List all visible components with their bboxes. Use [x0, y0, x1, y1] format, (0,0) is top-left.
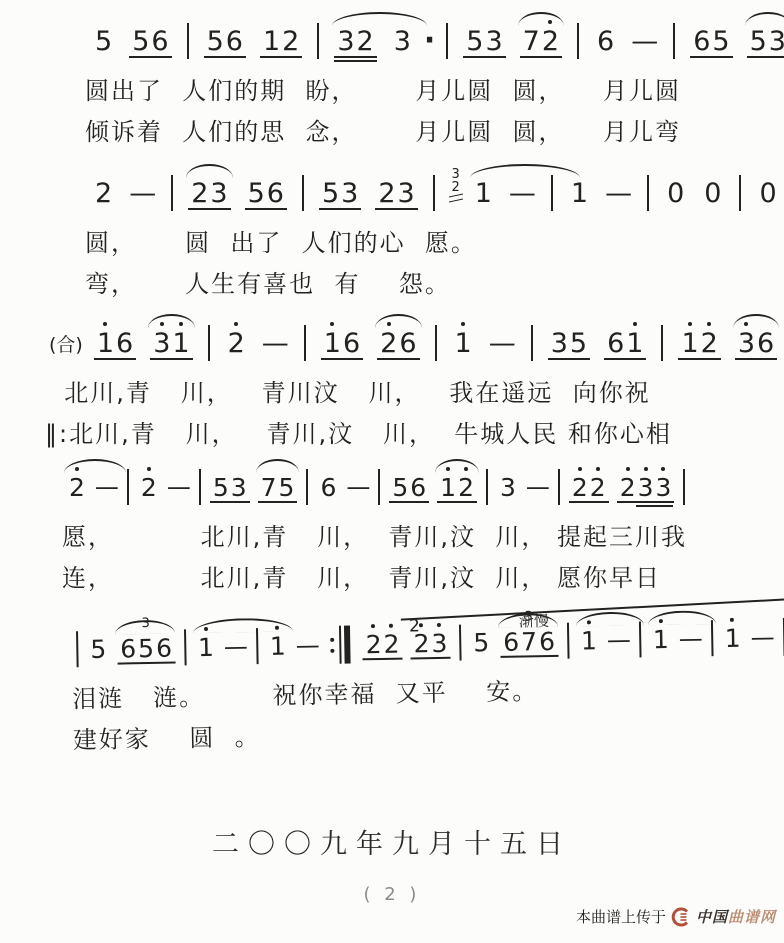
note-token: 6	[317, 475, 339, 500]
note: 1	[269, 633, 287, 658]
lyrics-line-1: 泪涟 涟。 祝你幸福 又平 安。	[72, 671, 784, 716]
note: 6	[538, 628, 556, 653]
note: 6	[502, 629, 520, 654]
octave-dot	[578, 467, 582, 471]
note: 1	[197, 634, 215, 659]
note: 3	[340, 180, 359, 207]
note: 6	[398, 330, 417, 357]
notation-row: 2—23565323321—1—0000	[85, 168, 784, 218]
note: 1	[262, 28, 281, 55]
note: 1	[439, 475, 457, 500]
lyrics-line-2: 建好家 圆 。	[73, 712, 784, 757]
octave-dot	[707, 322, 711, 326]
note-group: 36	[735, 330, 777, 357]
dash-note: —	[346, 475, 370, 499]
lyrics-line-1: 北川,青 川， 青川汶 川， 我在遥远 向你祝	[45, 377, 784, 409]
barline	[171, 175, 173, 211]
note: 3	[393, 28, 412, 55]
note: 2	[382, 631, 400, 656]
note: 2	[541, 28, 560, 55]
lyrics-line-1: 愿， 北川,青 川， 青川,汶 川， 提起三川我	[62, 521, 690, 553]
note: 1	[570, 180, 589, 207]
slur-arc	[518, 12, 564, 26]
dash-note: —	[526, 475, 550, 499]
octave-dot	[661, 467, 665, 471]
note-token: 1	[472, 180, 495, 207]
note-token: 5	[92, 28, 115, 55]
music-system-5: 565631—1—2223567631—1—1—2渐慢泪涟 涟。 祝你幸福 又平…	[71, 612, 784, 757]
music-system-2: 2—23565323321—1—0000圆， 圆 出了 人们的心 愿。弯， 人生…	[85, 168, 784, 301]
note: 2	[94, 180, 113, 207]
octave-dot	[644, 467, 648, 471]
note: 5	[465, 28, 484, 55]
note: 5	[749, 28, 768, 55]
octave-dot	[437, 622, 441, 626]
note: 7	[260, 475, 278, 500]
note: 6	[756, 330, 775, 357]
dash-note: —	[631, 28, 658, 55]
octave-dot	[587, 620, 591, 624]
note-token: 0	[664, 180, 687, 207]
notation-row: 2—2—53756—56123—22233	[62, 462, 690, 512]
barline	[304, 325, 306, 361]
note-token: 1	[452, 330, 475, 357]
note-group: 31	[150, 330, 192, 357]
note: 5	[247, 180, 266, 207]
note-group: 23	[375, 180, 417, 207]
note: 1	[652, 626, 670, 651]
note: 1	[171, 330, 190, 357]
slur-arc	[375, 314, 421, 328]
octave-dot	[688, 322, 692, 326]
note-token: 1	[650, 626, 672, 651]
slur-arc	[332, 12, 427, 26]
note: 0	[758, 180, 777, 207]
note-group: 22	[363, 631, 403, 657]
octave-dot	[626, 467, 630, 471]
note: 7	[522, 28, 541, 55]
barline	[184, 629, 187, 665]
barline	[459, 625, 462, 661]
barline	[558, 469, 560, 505]
note-group: 12	[678, 330, 720, 357]
note: 6	[150, 28, 169, 55]
note-group: 53	[463, 28, 505, 55]
note: 2	[589, 475, 607, 500]
note: 6	[596, 28, 615, 55]
note: 5	[89, 636, 107, 661]
dot-after-note: ·	[424, 26, 435, 56]
note-group: 56	[389, 475, 429, 500]
note-token: 2	[138, 475, 160, 500]
octave-dot	[730, 617, 734, 621]
dash-note: —	[262, 330, 289, 357]
octave-dot	[275, 625, 279, 629]
note: 6	[155, 635, 173, 660]
slur-arc	[745, 12, 784, 26]
slur-arc	[575, 611, 643, 626]
note: 3	[550, 330, 569, 357]
note: 1	[454, 330, 473, 357]
lyrics-line-1: 圆出了 人们的期 盼， 月儿圆 圆， 月儿圆	[85, 75, 784, 107]
lyrics-line-1: 圆， 圆 出了 人们的心 愿。	[85, 227, 784, 259]
slur-arc	[186, 164, 232, 178]
notation-row: 565631—1—2223567631—1—1—	[71, 612, 784, 675]
octave-dot	[633, 322, 637, 326]
note-token: 2	[92, 180, 115, 207]
note-token: 1	[267, 633, 289, 658]
barline	[577, 23, 579, 59]
barline	[76, 631, 79, 667]
part-label: (合)	[49, 330, 83, 357]
note: 2	[377, 180, 396, 207]
note-group: 6763	[500, 628, 558, 654]
lyrics-line-2: 弯， 人生有喜也 有 怨。	[85, 268, 784, 300]
site-name-dark: 中国	[696, 908, 728, 926]
note: 6	[409, 475, 427, 500]
music-system-1: 5565612323·53726—6553圆出了 人们的期 盼， 月儿圆 圆， …	[85, 16, 784, 149]
octave-dot	[387, 322, 391, 326]
music-system-3: (合)16312—16261—35611236 北川,青 川， 青川汶 川， 我…	[45, 318, 784, 451]
note: 3	[430, 630, 448, 655]
note-token: 3	[497, 475, 519, 500]
note: 5	[711, 28, 730, 55]
octave-dot	[103, 322, 107, 326]
score-sheet: 5565612323·53726—6553圆出了 人们的期 盼， 月儿圆 圆， …	[0, 0, 784, 943]
slur-arc	[647, 610, 715, 625]
octave-dot	[179, 322, 183, 326]
note: 5	[137, 635, 155, 660]
note-group: 35	[548, 330, 590, 357]
barline	[683, 469, 685, 505]
octave-dot	[330, 322, 334, 326]
note: 2	[190, 180, 209, 207]
octave-dot	[204, 626, 208, 630]
octave-dot	[464, 467, 468, 471]
watermark: 本曲谱上传于 中国曲谱网	[576, 906, 776, 927]
note: 2	[571, 475, 589, 500]
note-group: 53	[319, 180, 361, 207]
dash-note: —	[509, 180, 536, 207]
note-token: 1	[578, 628, 600, 653]
octave-dot	[371, 624, 375, 628]
note: 6	[606, 330, 625, 357]
note: 6	[342, 330, 361, 357]
note-group: 12	[437, 475, 477, 500]
slur-arc	[470, 164, 580, 178]
note-token: 5	[470, 630, 492, 655]
note: 2	[365, 631, 383, 656]
octave-dot	[461, 322, 465, 326]
repeat-end-sign	[330, 625, 351, 663]
note-group: 56	[129, 28, 171, 55]
site-name-light: 曲谱网	[728, 908, 776, 926]
note: 5	[278, 475, 296, 500]
octave-dot	[234, 322, 238, 326]
slur-arc	[64, 459, 126, 473]
note: 3	[737, 330, 756, 357]
note: 1	[724, 625, 742, 650]
volta-2-label: 2	[409, 616, 420, 636]
note: 2	[227, 330, 246, 357]
note-group: 56	[245, 180, 287, 207]
note-token: 0	[701, 180, 724, 207]
note: 1	[580, 628, 598, 653]
watermark-text: 本曲谱上传于	[576, 906, 666, 927]
tuplet-number: 3	[141, 615, 150, 630]
note: 3	[637, 475, 655, 500]
dash-note: —	[750, 625, 774, 649]
note: 3	[152, 330, 171, 357]
barline	[317, 23, 319, 59]
note: 6	[119, 636, 137, 661]
barline	[446, 23, 448, 59]
notation-row: 5565612323·53726—6553	[85, 16, 784, 66]
note-group: 233	[617, 475, 675, 500]
note-group: 6563	[117, 635, 175, 661]
note-group: 75	[258, 475, 298, 500]
lyrics-line-2: 倾诉着 人们的思 念， 月儿圆 圆， 月儿弯	[85, 116, 784, 148]
grace-notes: 32	[449, 168, 463, 201]
note: 3	[768, 28, 784, 55]
barline	[208, 325, 210, 361]
note-token: 2	[66, 475, 88, 500]
note-group: 53	[210, 475, 250, 500]
barline	[739, 175, 741, 211]
note: 3	[499, 475, 517, 500]
slur-arc	[148, 314, 194, 328]
note: 5	[212, 475, 230, 500]
barline	[567, 623, 570, 659]
dash-note: —	[296, 633, 320, 657]
music-system-4: 2—2—53756—56123—22233愿， 北川,青 川， 青川,汶 川， …	[62, 462, 690, 595]
note: 2	[68, 475, 86, 500]
barline	[486, 469, 488, 505]
barline	[302, 175, 304, 211]
barline	[661, 325, 663, 361]
note: 5	[569, 330, 588, 357]
barline	[127, 469, 129, 505]
note-group: 65	[690, 28, 732, 55]
barline	[551, 175, 553, 211]
note: 1	[680, 330, 699, 357]
note-token: 6	[594, 28, 617, 55]
dash-note: —	[489, 330, 516, 357]
note: 2	[379, 330, 398, 357]
note: 2	[700, 330, 719, 357]
note-group: 16	[94, 330, 136, 357]
note: 6	[692, 28, 711, 55]
note: 3	[397, 180, 416, 207]
note-token: 5	[87, 636, 109, 661]
note: 3	[230, 475, 248, 500]
octave-dot	[75, 467, 79, 471]
note: 3	[336, 28, 355, 55]
note: 3	[209, 180, 228, 207]
note: 2	[619, 475, 637, 500]
note: 3	[484, 28, 503, 55]
barline	[378, 469, 380, 505]
barline	[433, 175, 435, 211]
note: 5	[94, 28, 113, 55]
octave-dot	[389, 623, 393, 627]
note: 1	[625, 330, 644, 357]
dash-note: —	[95, 475, 119, 499]
barline	[187, 23, 189, 59]
octave-dot	[596, 467, 600, 471]
notation-row: (合)16312—16261—35611236	[45, 318, 784, 368]
slur-arc	[256, 459, 300, 473]
note: 0	[703, 180, 722, 207]
dash-note: —	[224, 634, 248, 658]
site-logo-icon	[671, 907, 691, 927]
note-token: 0	[756, 180, 779, 207]
date-line: 二〇〇九年九月十五日	[0, 822, 784, 861]
barline	[256, 628, 259, 664]
note: 7	[520, 629, 538, 654]
note: 0	[666, 180, 685, 207]
note: 2	[281, 28, 300, 55]
slur-arc	[435, 459, 479, 473]
note: 5	[391, 475, 409, 500]
note-token: 2	[225, 330, 248, 357]
note: 3	[655, 475, 673, 500]
note: 5	[472, 630, 490, 655]
barline	[710, 620, 713, 656]
barline	[435, 325, 437, 361]
note-group: 23	[188, 180, 230, 207]
note: 6	[115, 330, 134, 357]
note: 6	[266, 180, 285, 207]
dash-note: —	[679, 626, 703, 650]
note: 1	[323, 330, 342, 357]
dash-note: —	[167, 475, 191, 499]
note-group: 61	[604, 330, 646, 357]
note: 5	[206, 28, 225, 55]
lyrics-line-2: ‖:北川,青 川， 青川,汶 川， 牛城人民 和你心相	[45, 418, 784, 450]
note: 2	[457, 475, 475, 500]
lyrics-line-2: 连， 北川,青 川， 青川,汶 川， 愿你早日	[62, 562, 690, 594]
octave-dot	[744, 322, 748, 326]
note-group: 26	[377, 330, 419, 357]
note-group: 22	[569, 475, 609, 500]
barline	[199, 469, 201, 505]
note: 6	[319, 475, 337, 500]
note: 6	[225, 28, 244, 55]
note-group: 32	[334, 28, 376, 55]
octave-dot	[548, 20, 552, 24]
note: 1	[474, 180, 493, 207]
barline	[531, 325, 533, 361]
slur-arc	[733, 314, 779, 328]
tempo-annotation: 渐慢	[519, 610, 549, 632]
note-token: 3	[391, 28, 414, 55]
octave-dot	[658, 619, 662, 623]
dash-note: —	[607, 628, 631, 652]
octave-dot	[147, 467, 151, 471]
octave-dot	[446, 467, 450, 471]
barline	[306, 469, 308, 505]
note-token: 1	[195, 634, 217, 659]
note: 2	[140, 475, 158, 500]
octave-dot	[160, 322, 164, 326]
note-group: 12	[260, 28, 302, 55]
note-token: 1	[722, 625, 744, 650]
dash-note: —	[129, 180, 156, 207]
note: 1	[96, 330, 115, 357]
note-group: 16	[321, 330, 363, 357]
barline	[673, 23, 675, 59]
dash-note: —	[605, 180, 632, 207]
note: 5	[131, 28, 150, 55]
barline	[647, 175, 649, 211]
site-name: 中国曲谱网	[696, 906, 776, 927]
note-group: 72	[520, 28, 562, 55]
barline	[639, 621, 642, 657]
note: 2	[356, 28, 375, 55]
note-token: 1	[568, 180, 591, 207]
note: 5	[321, 180, 340, 207]
note-group: 53	[747, 28, 784, 55]
note-group: 56	[204, 28, 246, 55]
repeat-dots	[331, 637, 335, 652]
page-number: ( 2 )	[0, 884, 784, 905]
